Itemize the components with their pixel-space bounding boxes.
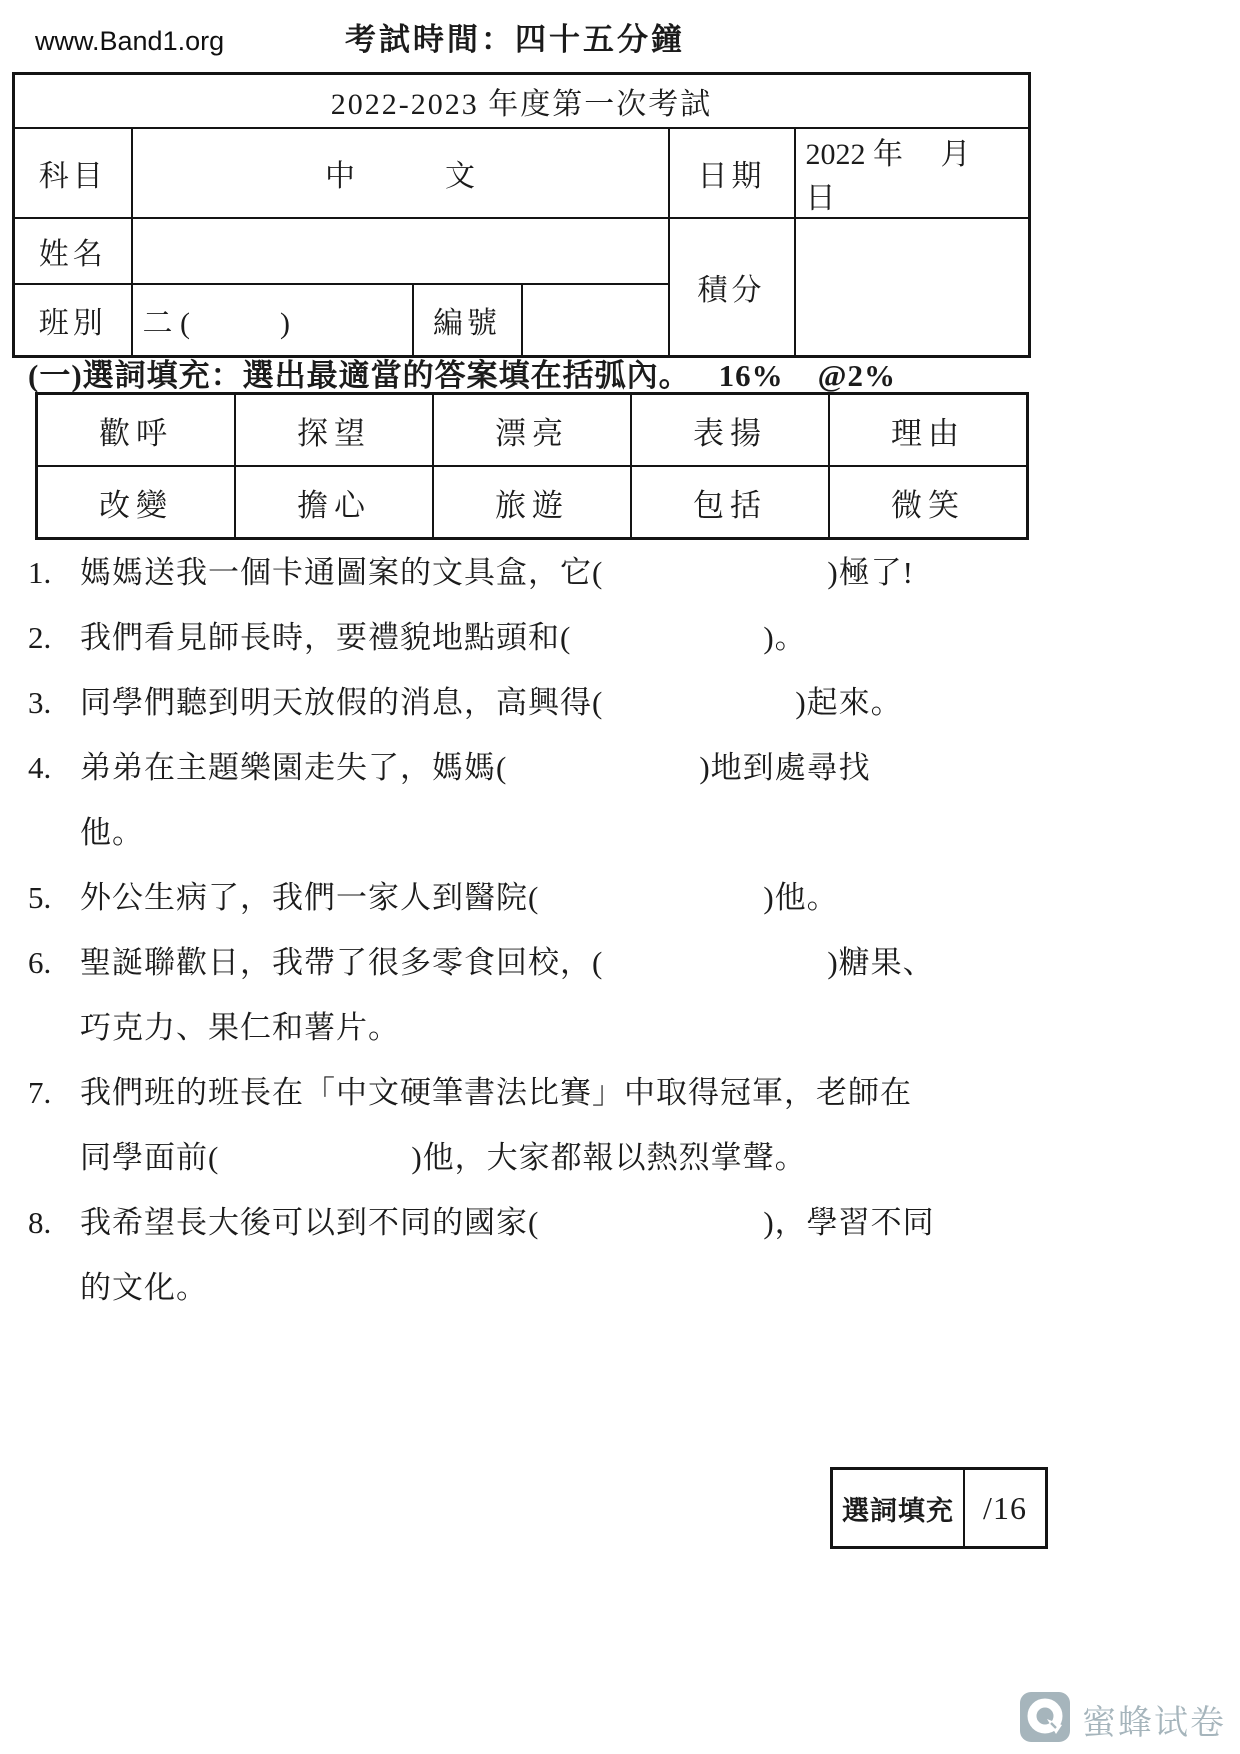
question-text: 媽媽送我一個卡通圖案的文具盒，它( )極了! (80, 540, 1028, 605)
word-option: 表揚 (631, 394, 829, 467)
question-text: 我們班的班長在「中文硬筆書法比賽」中取得冠軍，老師在 同學面前( )他，大家都報… (80, 1060, 1028, 1190)
word-bank-table: 歡呼 探望 漂亮 表揚 理由 改變 擔心 旅遊 包括 微笑 (35, 392, 1029, 540)
word-option: 旅遊 (433, 466, 631, 539)
question-text: 聖誕聯歡日，我帶了很多零食回校，( )糖果、 巧克力、果仁和薯片。 (80, 930, 1028, 1060)
exam-info-table: 2022-2023 年度第一次考試 科目 中 文 日期 2022 年 月 日 姓… (12, 72, 1031, 358)
section-title: (一)選詞填充：選出最適當的答案填在括弧內。 (28, 358, 691, 393)
word-bank-row: 歡呼 探望 漂亮 表揚 理由 (37, 394, 1028, 467)
date-value: 2022 年 月 日 (795, 128, 1030, 218)
score-box-value: /16 (964, 1469, 1047, 1548)
exam-time-heading: 考試時間：四十五分鐘 (345, 14, 685, 59)
question-number: 4. (28, 735, 80, 800)
section-heading: (一)選詞填充：選出最適當的答案填在括弧內。16%@2% (28, 350, 1218, 395)
word-option: 擔心 (235, 466, 433, 539)
word-option: 探望 (235, 394, 433, 467)
score-label: 積分 (669, 218, 795, 357)
question-number: 6. (28, 930, 80, 995)
section-score-box: 選詞填充 /16 (830, 1467, 1048, 1549)
class-value: 二 ( ) (132, 284, 413, 357)
question-number: 2. (28, 605, 80, 670)
question-number: 5. (28, 865, 80, 930)
question-number: 8. (28, 1190, 80, 1255)
score-box-label: 選詞填充 (832, 1469, 965, 1548)
question-text: 同學們聽到明天放假的消息，高興得( )起來。 (80, 670, 1028, 735)
bee-exam-logo-icon (1020, 1692, 1070, 1747)
question-text: 外公生病了，我們一家人到醫院( )他。 (80, 865, 1028, 930)
number-field (522, 284, 669, 357)
question-item-5: 5. 外公生病了，我們一家人到醫院( )他。 (28, 865, 1028, 930)
question-text: 我們看見師長時，要禮貌地點頭和( )。 (80, 605, 1028, 670)
question-number: 1. (28, 540, 80, 605)
question-text: 弟弟在主題樂園走失了，媽媽( )地到處尋找 他。 (80, 735, 1028, 865)
question-item-7: 7. 我們班的班長在「中文硬筆書法比賽」中取得冠軍，老師在 同學面前( )他，大… (28, 1060, 1028, 1190)
date-label: 日期 (669, 128, 795, 218)
exam-paper-page: www.Band1.org 考試時間：四十五分鐘 2022-2023 年度第一次… (0, 0, 1240, 1754)
word-option: 改變 (37, 466, 236, 539)
word-option: 漂亮 (433, 394, 631, 467)
site-watermark: www.Band1.org (35, 26, 224, 57)
question-item-2: 2. 我們看見師長時，要禮貌地點頭和( )。 (28, 605, 1028, 670)
question-item-6: 6. 聖誕聯歡日，我帶了很多零食回校，( )糖果、 巧克力、果仁和薯片。 (28, 930, 1028, 1060)
score-field (795, 218, 1030, 357)
word-bank-row: 改變 擔心 旅遊 包括 微笑 (37, 466, 1028, 539)
name-label: 姓名 (14, 218, 132, 284)
class-label: 班別 (14, 284, 132, 357)
question-item-1: 1. 媽媽送我一個卡通圖案的文具盒，它( )極了! (28, 540, 1028, 605)
brand-footer: 蜜蜂试卷 (1020, 1692, 1226, 1747)
word-option: 微笑 (829, 466, 1028, 539)
subject-value: 中 文 (132, 128, 669, 218)
number-label: 編號 (413, 284, 522, 357)
question-number: 3. (28, 670, 80, 735)
brand-name: 蜜蜂试卷 (1082, 1695, 1226, 1744)
exam-title: 2022-2023 年度第一次考試 (14, 74, 1030, 129)
word-option: 歡呼 (37, 394, 236, 467)
word-option: 包括 (631, 466, 829, 539)
name-field (132, 218, 669, 284)
question-item-3: 3. 同學們聽到明天放假的消息，高興得( )起來。 (28, 670, 1028, 735)
word-option: 理由 (829, 394, 1028, 467)
question-item-8: 8. 我希望長大後可以到不同的國家( )，學習不同 的文化。 (28, 1190, 1028, 1320)
question-number: 7. (28, 1060, 80, 1125)
subject-label: 科目 (14, 128, 132, 218)
section-per-item-marks: @2% (818, 358, 896, 393)
question-item-4: 4. 弟弟在主題樂園走失了，媽媽( )地到處尋找 他。 (28, 735, 1028, 865)
question-text: 我希望長大後可以到不同的國家( )，學習不同 的文化。 (80, 1190, 1028, 1320)
question-list: 1. 媽媽送我一個卡通圖案的文具盒，它( )極了! 2. 我們看見師長時，要禮貌… (28, 540, 1028, 1320)
section-marks: 16% (719, 358, 784, 393)
